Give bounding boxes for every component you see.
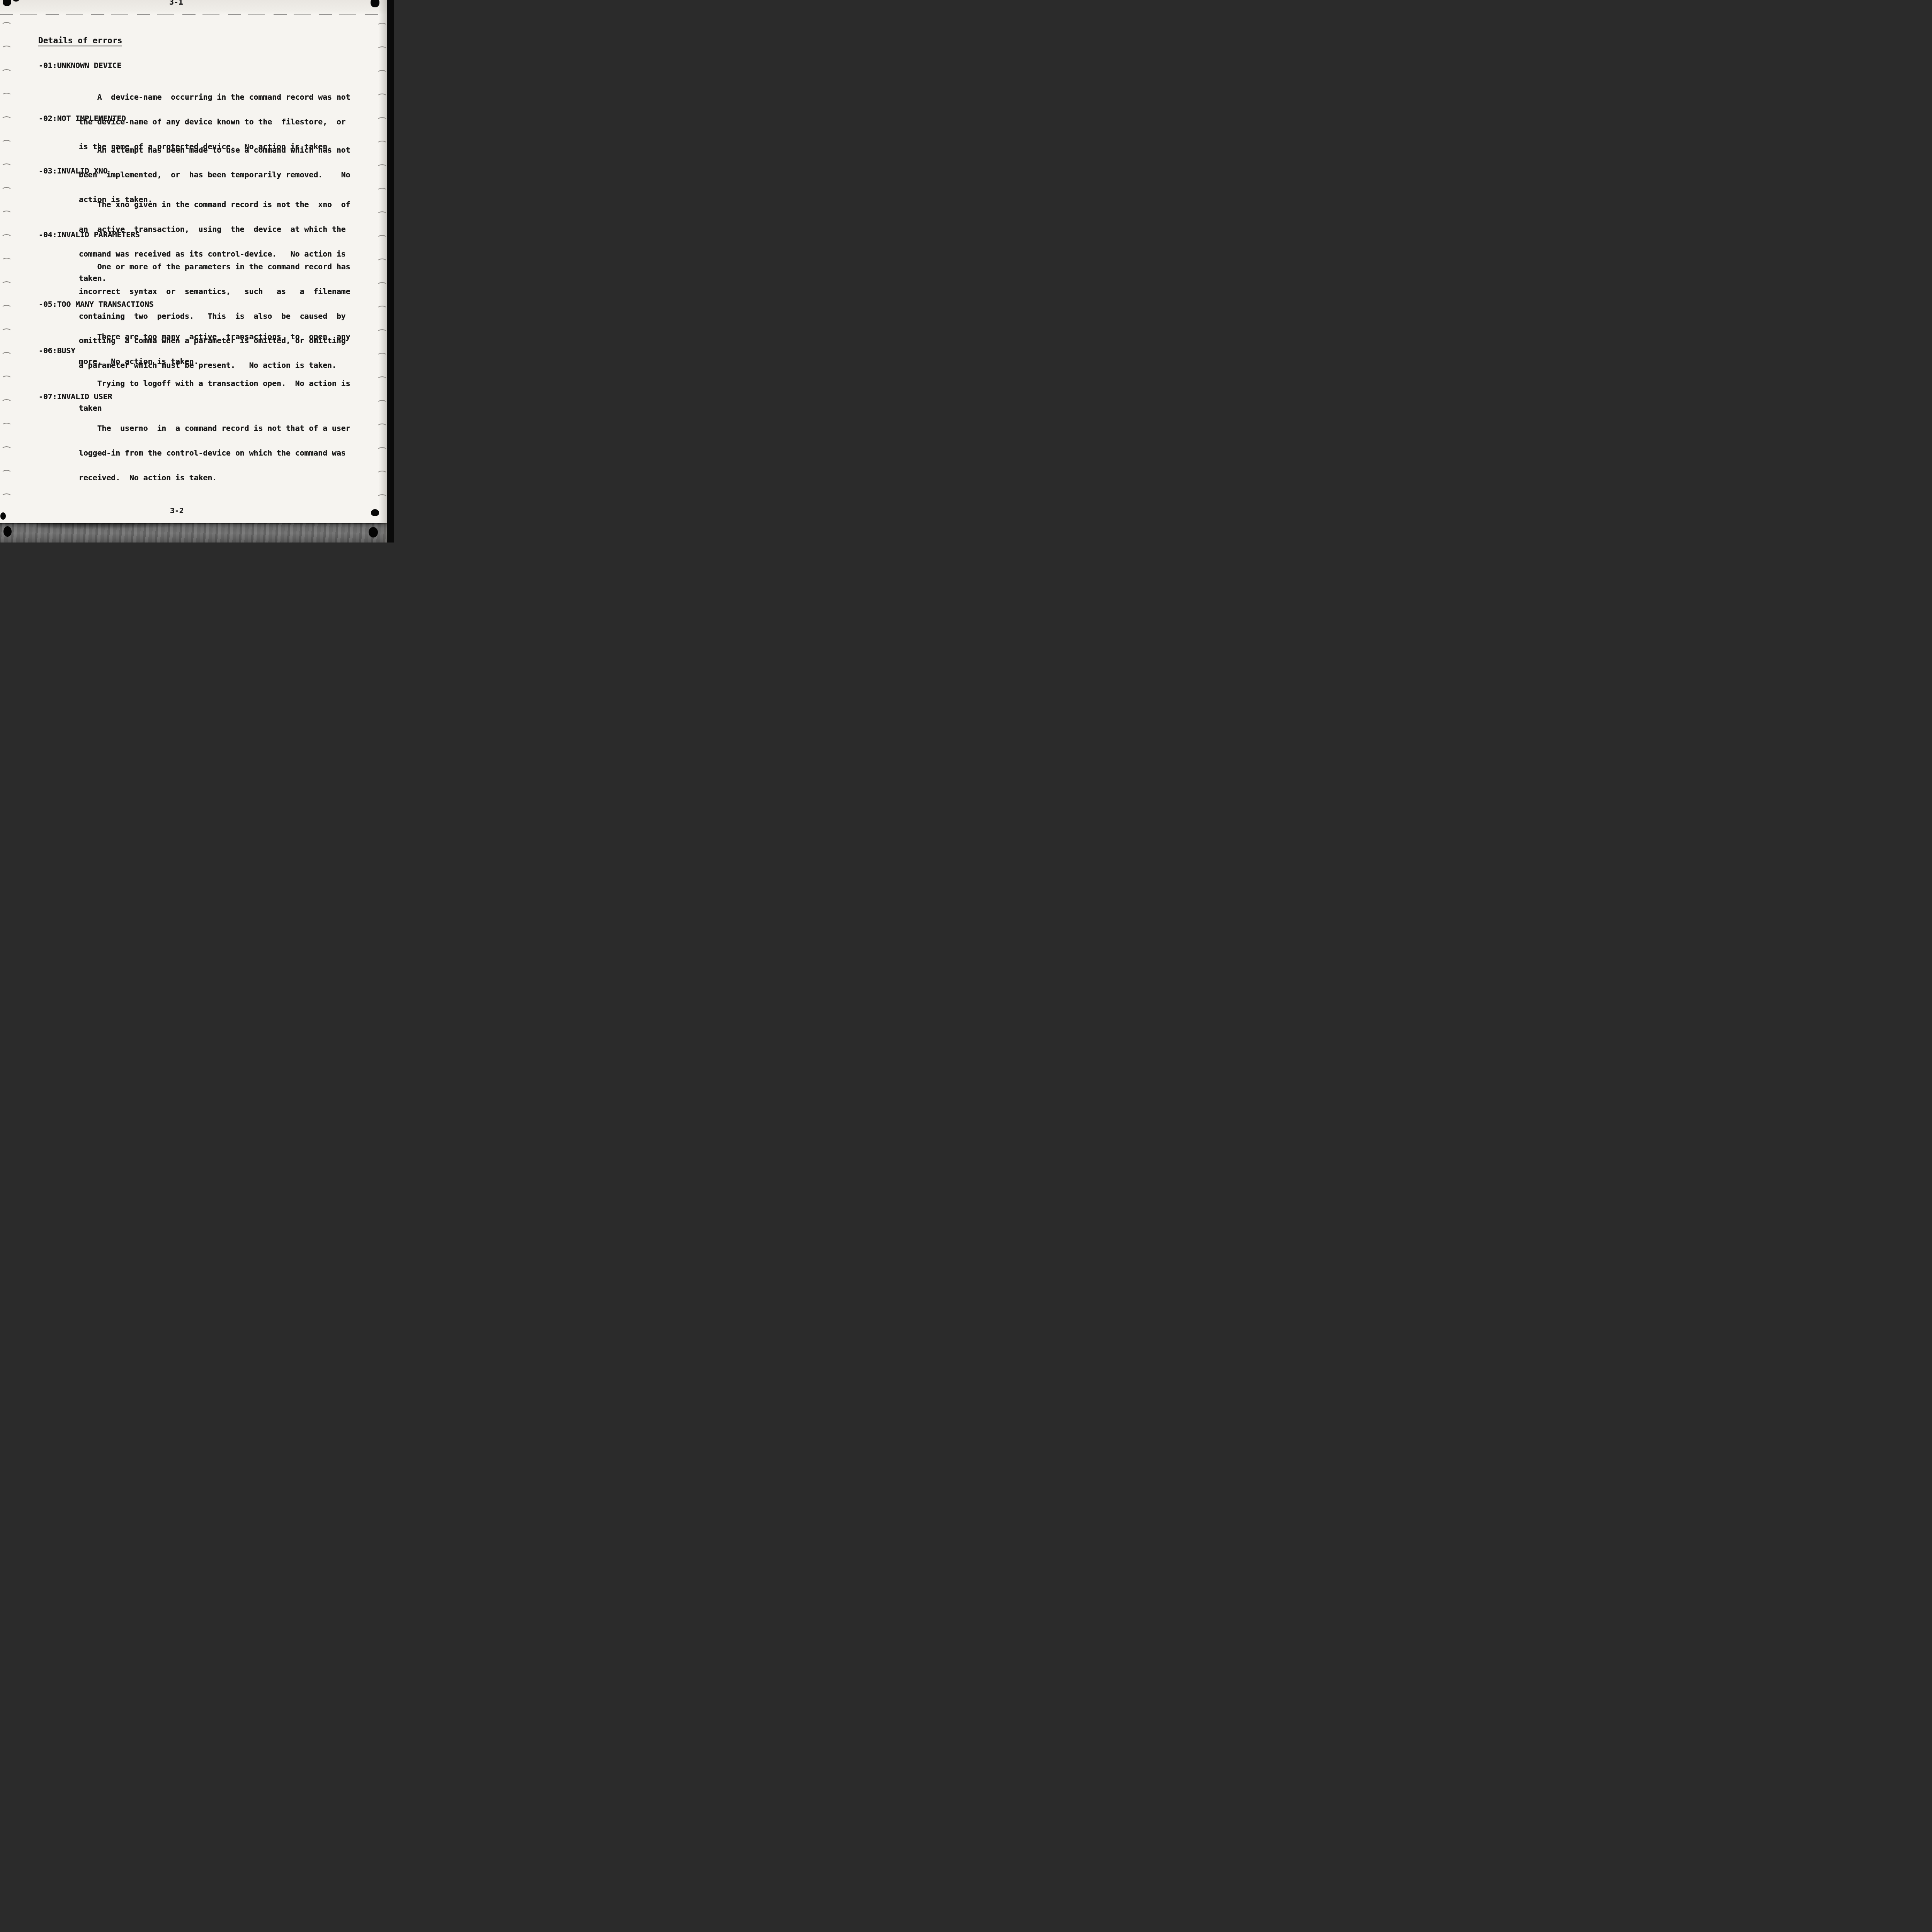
page-top-shading: [0, 0, 394, 15]
binder-ring-mark: [1, 493, 12, 501]
binder-ring-mark: [1, 446, 12, 454]
binder-ring-mark: [1, 328, 12, 336]
section-heading: -03:INVALID XNO: [39, 167, 108, 175]
binder-ring-mark: [1, 234, 12, 241]
next-page-hole-left: [3, 526, 12, 537]
punch-hole-bottom-right: [371, 509, 379, 516]
binder-ring-mark: [1, 22, 12, 29]
binder-ring-mark: [1, 305, 12, 312]
binder-ring-mark: [1, 187, 12, 194]
binder-ring-mark: [1, 211, 12, 218]
section-paragraph: The userno in a command record is not th…: [79, 408, 350, 498]
binder-ring-mark: [1, 399, 12, 406]
binder-ring-mark: [1, 376, 12, 383]
binder-ring-mark: [1, 352, 12, 359]
binder-ring-mark: [1, 46, 12, 53]
footer-page-number: 3-2: [170, 507, 184, 515]
binder-ring-mark: [1, 281, 12, 289]
body-line: There are too many active transactions t…: [79, 333, 350, 341]
perforation-line: [0, 14, 383, 15]
punch-hole-bottom-left: [0, 512, 6, 520]
scanned-document-page: 3-1 Details of errors -01:UNKNOWN DEVICE…: [0, 0, 394, 543]
page-title: Details of errors: [38, 37, 122, 46]
binder-ring-mark: [1, 470, 12, 477]
section-heading: -01:UNKNOWN DEVICE: [39, 62, 121, 70]
binder-ring-mark: [1, 423, 12, 430]
body-line: The xno given in the command record is n…: [79, 201, 350, 209]
binder-ring-mark: [1, 93, 12, 100]
section-heading: -06:BUSY: [39, 347, 75, 355]
body-line: logged-in from the control-device on whi…: [79, 449, 350, 457]
section-heading: -05:TOO MANY TRANSACTIONS: [39, 301, 154, 308]
binder-ring-mark: [1, 258, 12, 265]
binder-ring-mark: [1, 116, 12, 124]
body-line: An attempt has been made to use a comman…: [79, 146, 350, 154]
body-line: incorrect syntax or semantics, such as a…: [79, 287, 350, 296]
body-line: One or more of the parameters in the com…: [79, 263, 350, 271]
section-heading: -07:INVALID USER: [39, 393, 112, 401]
body-line: received. No action is taken.: [79, 474, 350, 482]
next-page-hole-right: [369, 527, 378, 537]
body-line: A device-name occurring in the command r…: [79, 93, 350, 101]
section-heading: -02:NOT IMPLEMENTED: [39, 115, 126, 122]
binder-ring-mark: [1, 140, 12, 147]
section-heading: -04:INVALID PARAMETERS: [39, 231, 140, 239]
body-line: The userno in a command record is not th…: [79, 424, 350, 432]
scan-edge-black-band: [387, 0, 394, 543]
header-page-number: 3-1: [169, 0, 183, 6]
page-right-edge-shadow: [379, 0, 387, 543]
body-line: been implemented, or has been temporaril…: [79, 171, 350, 179]
binder-ring-mark: [1, 163, 12, 171]
scan-smudge: [37, 523, 199, 529]
body-line: Trying to logoff with a transaction open…: [79, 379, 350, 388]
binder-ring-mark: [1, 69, 12, 77]
